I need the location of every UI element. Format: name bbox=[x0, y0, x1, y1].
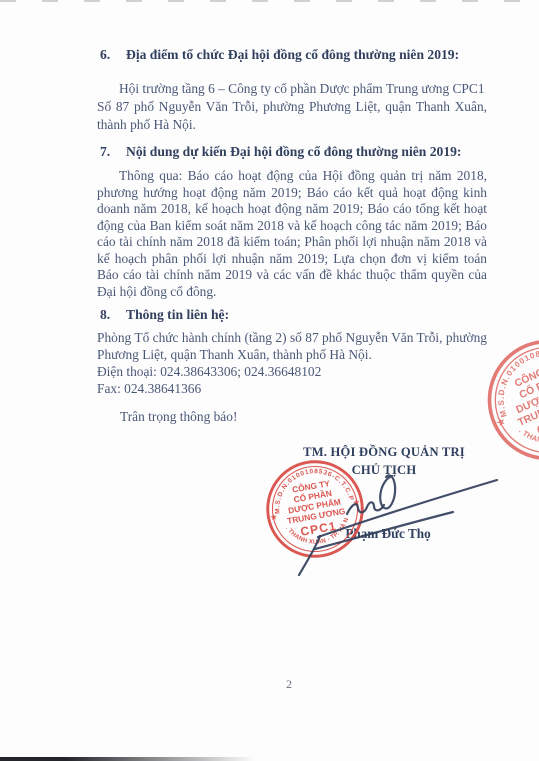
document-body: 6. Địa điểm tổ chức Đại hội đồng cổ đông… bbox=[97, 46, 487, 426]
scan-artifact-bottom bbox=[0, 757, 300, 761]
signature-loop bbox=[380, 475, 395, 508]
phone-line: Điện thoại: 024.38643306; 024.36648102 bbox=[97, 363, 487, 380]
section-6-heading-text: Địa điểm tổ chức Đại hội đồng cổ đông th… bbox=[126, 46, 487, 64]
section-8-number: 8. bbox=[97, 306, 126, 324]
section-6-paragraph-2: Số 87 phố Nguyễn Văn Trỗi, phường Phương… bbox=[97, 98, 487, 134]
section-7: 7. Nội dung dự kiến Đại hội đồng cổ đông… bbox=[97, 143, 487, 300]
section-8: 8. Thông tin liên hệ: Phòng Tổ chức hành… bbox=[97, 306, 487, 397]
closing-line: Trân trọng thông báo! bbox=[120, 408, 487, 426]
section-8-heading-text: Thông tin liên hệ: bbox=[126, 306, 487, 324]
section-6-paragraph-1: Hội trường tầng 6 – Công ty cổ phần Dược… bbox=[97, 80, 487, 98]
signature-title: CHỦ TỊCH bbox=[300, 461, 468, 479]
section-7-paragraph-1: Thông qua: Báo cáo hoạt động của Hội đồn… bbox=[97, 168, 487, 300]
section-6-number: 6. bbox=[97, 46, 126, 64]
signer-name: Phạm Đức Thọ bbox=[308, 526, 468, 542]
scan-artifact-top bbox=[0, 0, 539, 2]
section-6-heading: 6. Địa điểm tổ chức Đại hội đồng cổ đông… bbox=[97, 46, 487, 64]
document-page: 6. Địa điểm tổ chức Đại hội đồng cổ đông… bbox=[0, 0, 539, 761]
section-6: 6. Địa điểm tổ chức Đại hội đồng cổ đông… bbox=[97, 46, 487, 134]
section-8-heading: 8. Thông tin liên hệ: bbox=[97, 306, 487, 324]
fax-line: Fax: 024.38641366 bbox=[97, 380, 487, 397]
section-7-heading: 7. Nội dung dự kiến Đại hội đồng cổ đông… bbox=[97, 143, 487, 161]
section-7-heading-text: Nội dung dự kiến Đại hội đồng cổ đông th… bbox=[126, 143, 487, 161]
section-7-number: 7. bbox=[97, 143, 126, 161]
signature-on-behalf: TM. HỘI ĐỒNG QUẢN TRỊ bbox=[300, 443, 468, 461]
signature-squiggle bbox=[347, 502, 384, 514]
page-number: 2 bbox=[283, 677, 295, 692]
signature-block: TM. HỘI ĐỒNG QUẢN TRỊ CHỦ TỊCH bbox=[300, 443, 468, 479]
section-8-paragraph-1: Phòng Tổ chức hành chính (tầng 2) số 87 … bbox=[97, 329, 487, 363]
